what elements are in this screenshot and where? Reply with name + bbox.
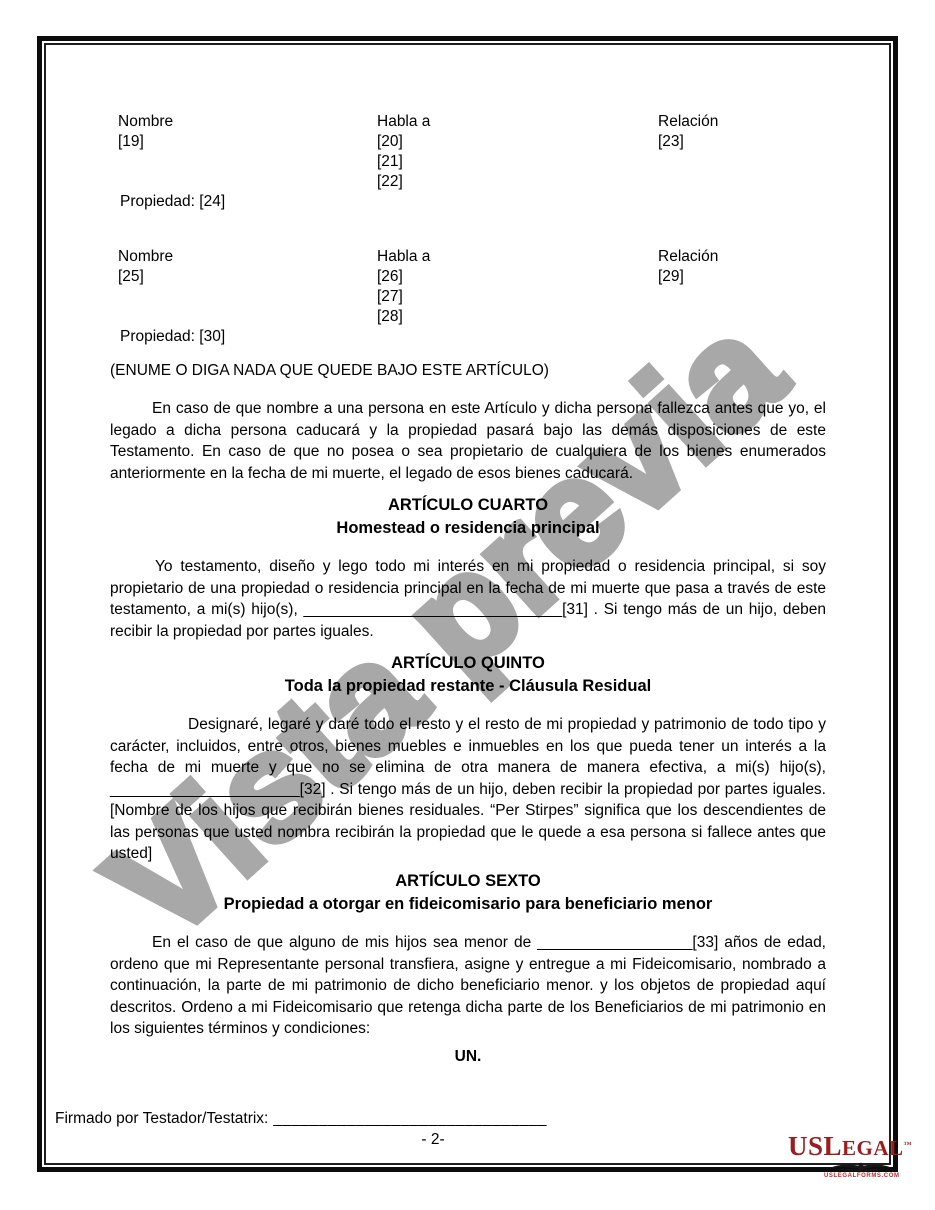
trademark-symbol: ™ bbox=[904, 1140, 912, 1149]
logo-text-small: EGAL bbox=[842, 1136, 904, 1160]
uslegal-logo: USLEGAL™ USLEGALFORMS.COM bbox=[788, 1133, 912, 1179]
page: { "watermark": { "text": "Vista previa",… bbox=[0, 0, 935, 1210]
uslegal-logo-text: USLEGAL™ bbox=[788, 1133, 912, 1163]
document-border-frame bbox=[37, 36, 898, 1172]
logo-tagline: USLEGALFORMS.COM bbox=[824, 1173, 912, 1179]
document-border-inner-line bbox=[44, 43, 891, 1165]
logo-text-large: USL bbox=[788, 1131, 842, 1161]
